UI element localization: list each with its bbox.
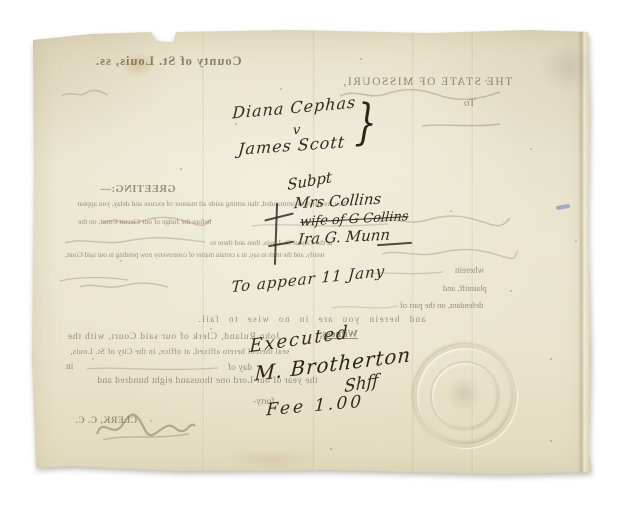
handwriting-defendant-name: James Scott	[238, 134, 346, 158]
print-county-line: County of St. Louis, ss.	[95, 55, 242, 69]
scanned-document: County of St. Louis, ss. THE STATE OF MI…	[30, 28, 592, 480]
blue-ink-mark	[556, 204, 570, 210]
handwriting-writ-label: Subpt	[287, 170, 331, 193]
print-testify-line: testify, and the truth to say, in a cert…	[65, 252, 324, 260]
print-defendant: defendant, on the part of	[400, 301, 483, 310]
bleedthrough-signature	[93, 406, 198, 446]
handwriting-appearance-note: To appear 11 Jany	[231, 264, 386, 295]
handwriting-plaintiff-name: Diana Cephas	[232, 95, 357, 122]
print-wherein: wherein	[455, 266, 484, 276]
handwriting-brace: }	[354, 98, 377, 148]
print-greeting: GREETING:—	[100, 184, 176, 196]
bleedthrough-squiggle	[85, 364, 220, 373]
bleedthrough-squiggle	[380, 246, 520, 260]
handwriting-fee: Fee 1.00	[266, 394, 365, 420]
pencil-mark	[58, 274, 130, 284]
embossed-seal	[413, 344, 517, 448]
paper-sheet: County of St. Louis, ss. THE STATE OF MI…	[30, 28, 592, 480]
print-witness-line: John Ruland, Clerk of our said Court, wi…	[67, 332, 280, 342]
handwriting-witness-1: Mrs Collins	[293, 192, 381, 212]
bleedthrough-squiggle	[100, 214, 212, 228]
print-no-wise-fail: and herein you are in no wise to fail.	[197, 315, 426, 325]
folded-right-edge	[578, 28, 592, 480]
paper-speckles	[30, 28, 32, 30]
bleedthrough-squiggle	[63, 235, 208, 248]
bleedthrough-squiggle	[330, 302, 400, 312]
stain	[210, 446, 330, 472]
print-day-of: day of	[228, 363, 252, 373]
stain	[530, 34, 605, 100]
bleedthrough-squiggle	[420, 120, 502, 130]
bleedthrough-squiggle	[60, 88, 110, 100]
print-in-word: in	[66, 362, 73, 372]
print-plaintiff: plaintiff, and	[443, 284, 487, 293]
